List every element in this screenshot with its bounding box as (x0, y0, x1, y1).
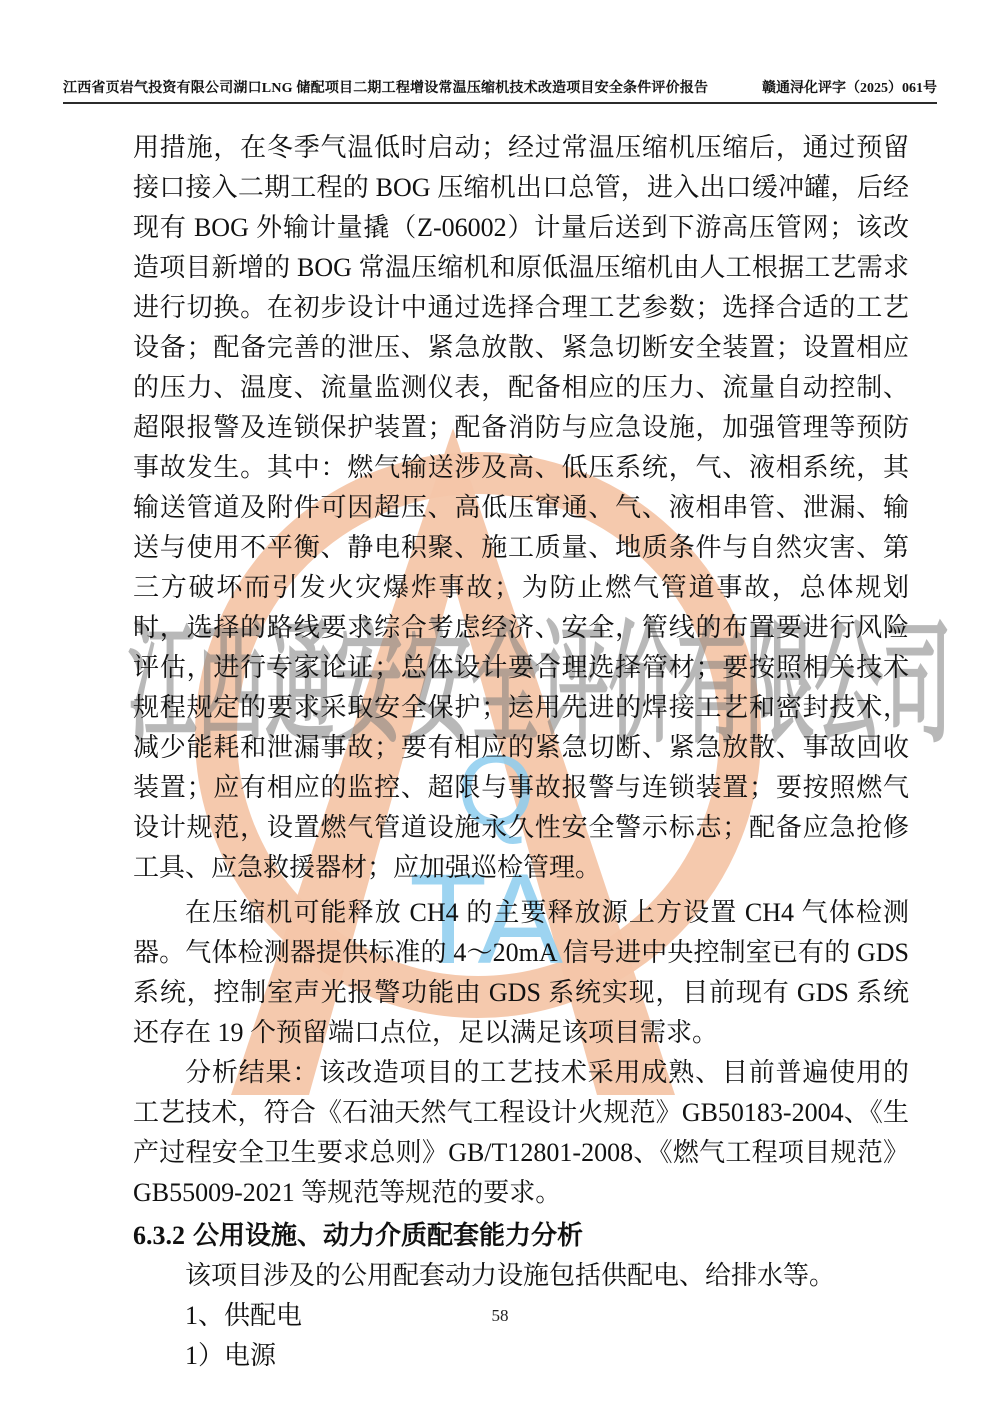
page-number: 58 (0, 1306, 1000, 1326)
gas-detector-paragraph: 在压缩机可能释放 CH4 的主要释放源上方设置 CH4 气体检测器。气体检测器提… (133, 893, 909, 1053)
analysis-result-paragraph: 分析结果：该改造项目的工艺技术采用成熟、目前普遍使用的工艺技术，符合《石油天然气… (133, 1053, 909, 1213)
header-report-title: 江西省页岩气投资有限公司湖口LNG 储配项目二期工程增设常温压缩机技术改造项目安… (63, 80, 708, 98)
list-item-power-source: 1）电源 (133, 1336, 909, 1376)
report-header: 江西省页岩气投资有限公司湖口LNG 储配项目二期工程增设常温压缩机技术改造项目安… (63, 80, 937, 104)
document-body: 用措施，在冬季气温低时启动；经过常温压缩机压缩后，通过预留接口接入二期工程的 B… (133, 128, 909, 1376)
section-heading-6-3-2: 6.3.2公用设施、动力介质配套能力分析 (133, 1215, 909, 1256)
section-heading-number: 6.3.2 (133, 1221, 185, 1250)
document-page: 江西省页岩气投资有限公司湖口LNG 储配项目二期工程增设常温压缩机技术改造项目安… (0, 0, 1000, 1414)
utilities-paragraph: 该项目涉及的公用配套动力设施包括供配电、给排水等。 (133, 1256, 909, 1296)
continuation-paragraph: 用措施，在冬季气温低时启动；经过常温压缩机压缩后，通过预留接口接入二期工程的 B… (133, 128, 909, 888)
header-doc-number: 赣通浔化评字（2025）061号 (762, 80, 937, 98)
section-heading-title: 公用设施、动力介质配套能力分析 (193, 1220, 583, 1250)
